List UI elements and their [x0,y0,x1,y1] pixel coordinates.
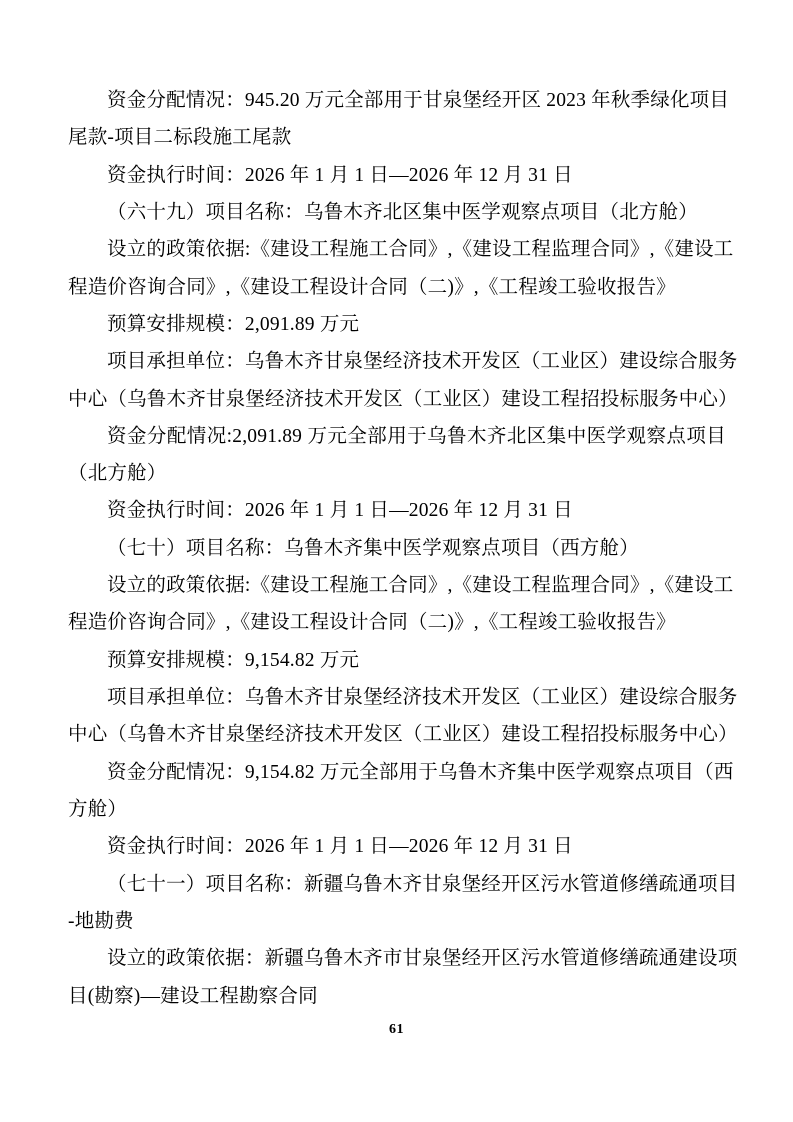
text-line: 预算安排规模：2,091.89 万元 [68,306,726,343]
text-line: 中心（乌鲁木齐甘泉堡经济技术开发区（工业区）建设工程招投标服务中心） [68,716,726,753]
text-line: 资金分配情况：945.20 万元全部用于甘泉堡经开区 2023 年秋季绿化项目 [68,82,726,119]
document-page: 资金分配情况：945.20 万元全部用于甘泉堡经开区 2023 年秋季绿化项目尾… [0,0,793,1122]
text-line: 尾款-项目二标段施工尾款 [68,119,726,156]
text-line: 资金分配情况：9,154.82 万元全部用于乌鲁木齐集中医学观察点项目（西 [68,754,726,791]
text-line: 方舱） [68,791,726,828]
text-line: 项目承担单位：乌鲁木齐甘泉堡经济技术开发区（工业区）建设综合服务 [68,343,726,380]
text-line: 中心（乌鲁木齐甘泉堡经济技术开发区（工业区）建设工程招投标服务中心） [68,381,726,418]
document-body: 资金分配情况：945.20 万元全部用于甘泉堡经开区 2023 年秋季绿化项目尾… [68,82,726,1015]
text-line: 程造价咨询合同》,《建设工程设计合同（二)》,《工程竣工验收报告》 [68,269,726,306]
text-line: （七十一）项目名称：新疆乌鲁木齐甘泉堡经开区污水管道修缮疏通项目 [68,866,726,903]
text-line: （七十）项目名称：乌鲁木齐集中医学观察点项目（西方舱） [68,530,726,567]
text-line: 资金执行时间：2026 年 1 月 1 日—2026 年 12 月 31 日 [68,157,726,194]
text-line: 目(勘察)—建设工程勘察合同 [68,978,726,1015]
text-line: 设立的政策依据:《建设工程施工合同》,《建设工程监理合同》,《建设工 [68,567,726,604]
text-line: 设立的政策依据:《建设工程施工合同》,《建设工程监理合同》,《建设工 [68,231,726,268]
text-line: -地勘费 [68,903,726,940]
text-line: 项目承担单位：乌鲁木齐甘泉堡经济技术开发区（工业区）建设综合服务 [68,679,726,716]
text-line: 预算安排规模：9,154.82 万元 [68,642,726,679]
text-line: 资金分配情况:2,091.89 万元全部用于乌鲁木齐北区集中医学观察点项目 [68,418,726,455]
page-number: 61 [0,1022,793,1038]
text-line: 资金执行时间：2026 年 1 月 1 日—2026 年 12 月 31 日 [68,828,726,865]
text-line: 资金执行时间：2026 年 1 月 1 日—2026 年 12 月 31 日 [68,492,726,529]
text-line: （北方舱） [68,455,726,492]
text-line: 设立的政策依据：新疆乌鲁木齐市甘泉堡经开区污水管道修缮疏通建设项 [68,940,726,977]
text-line: 程造价咨询合同》,《建设工程设计合同（二)》,《工程竣工验收报告》 [68,604,726,641]
text-line: （六十九）项目名称：乌鲁木齐北区集中医学观察点项目（北方舱） [68,194,726,231]
